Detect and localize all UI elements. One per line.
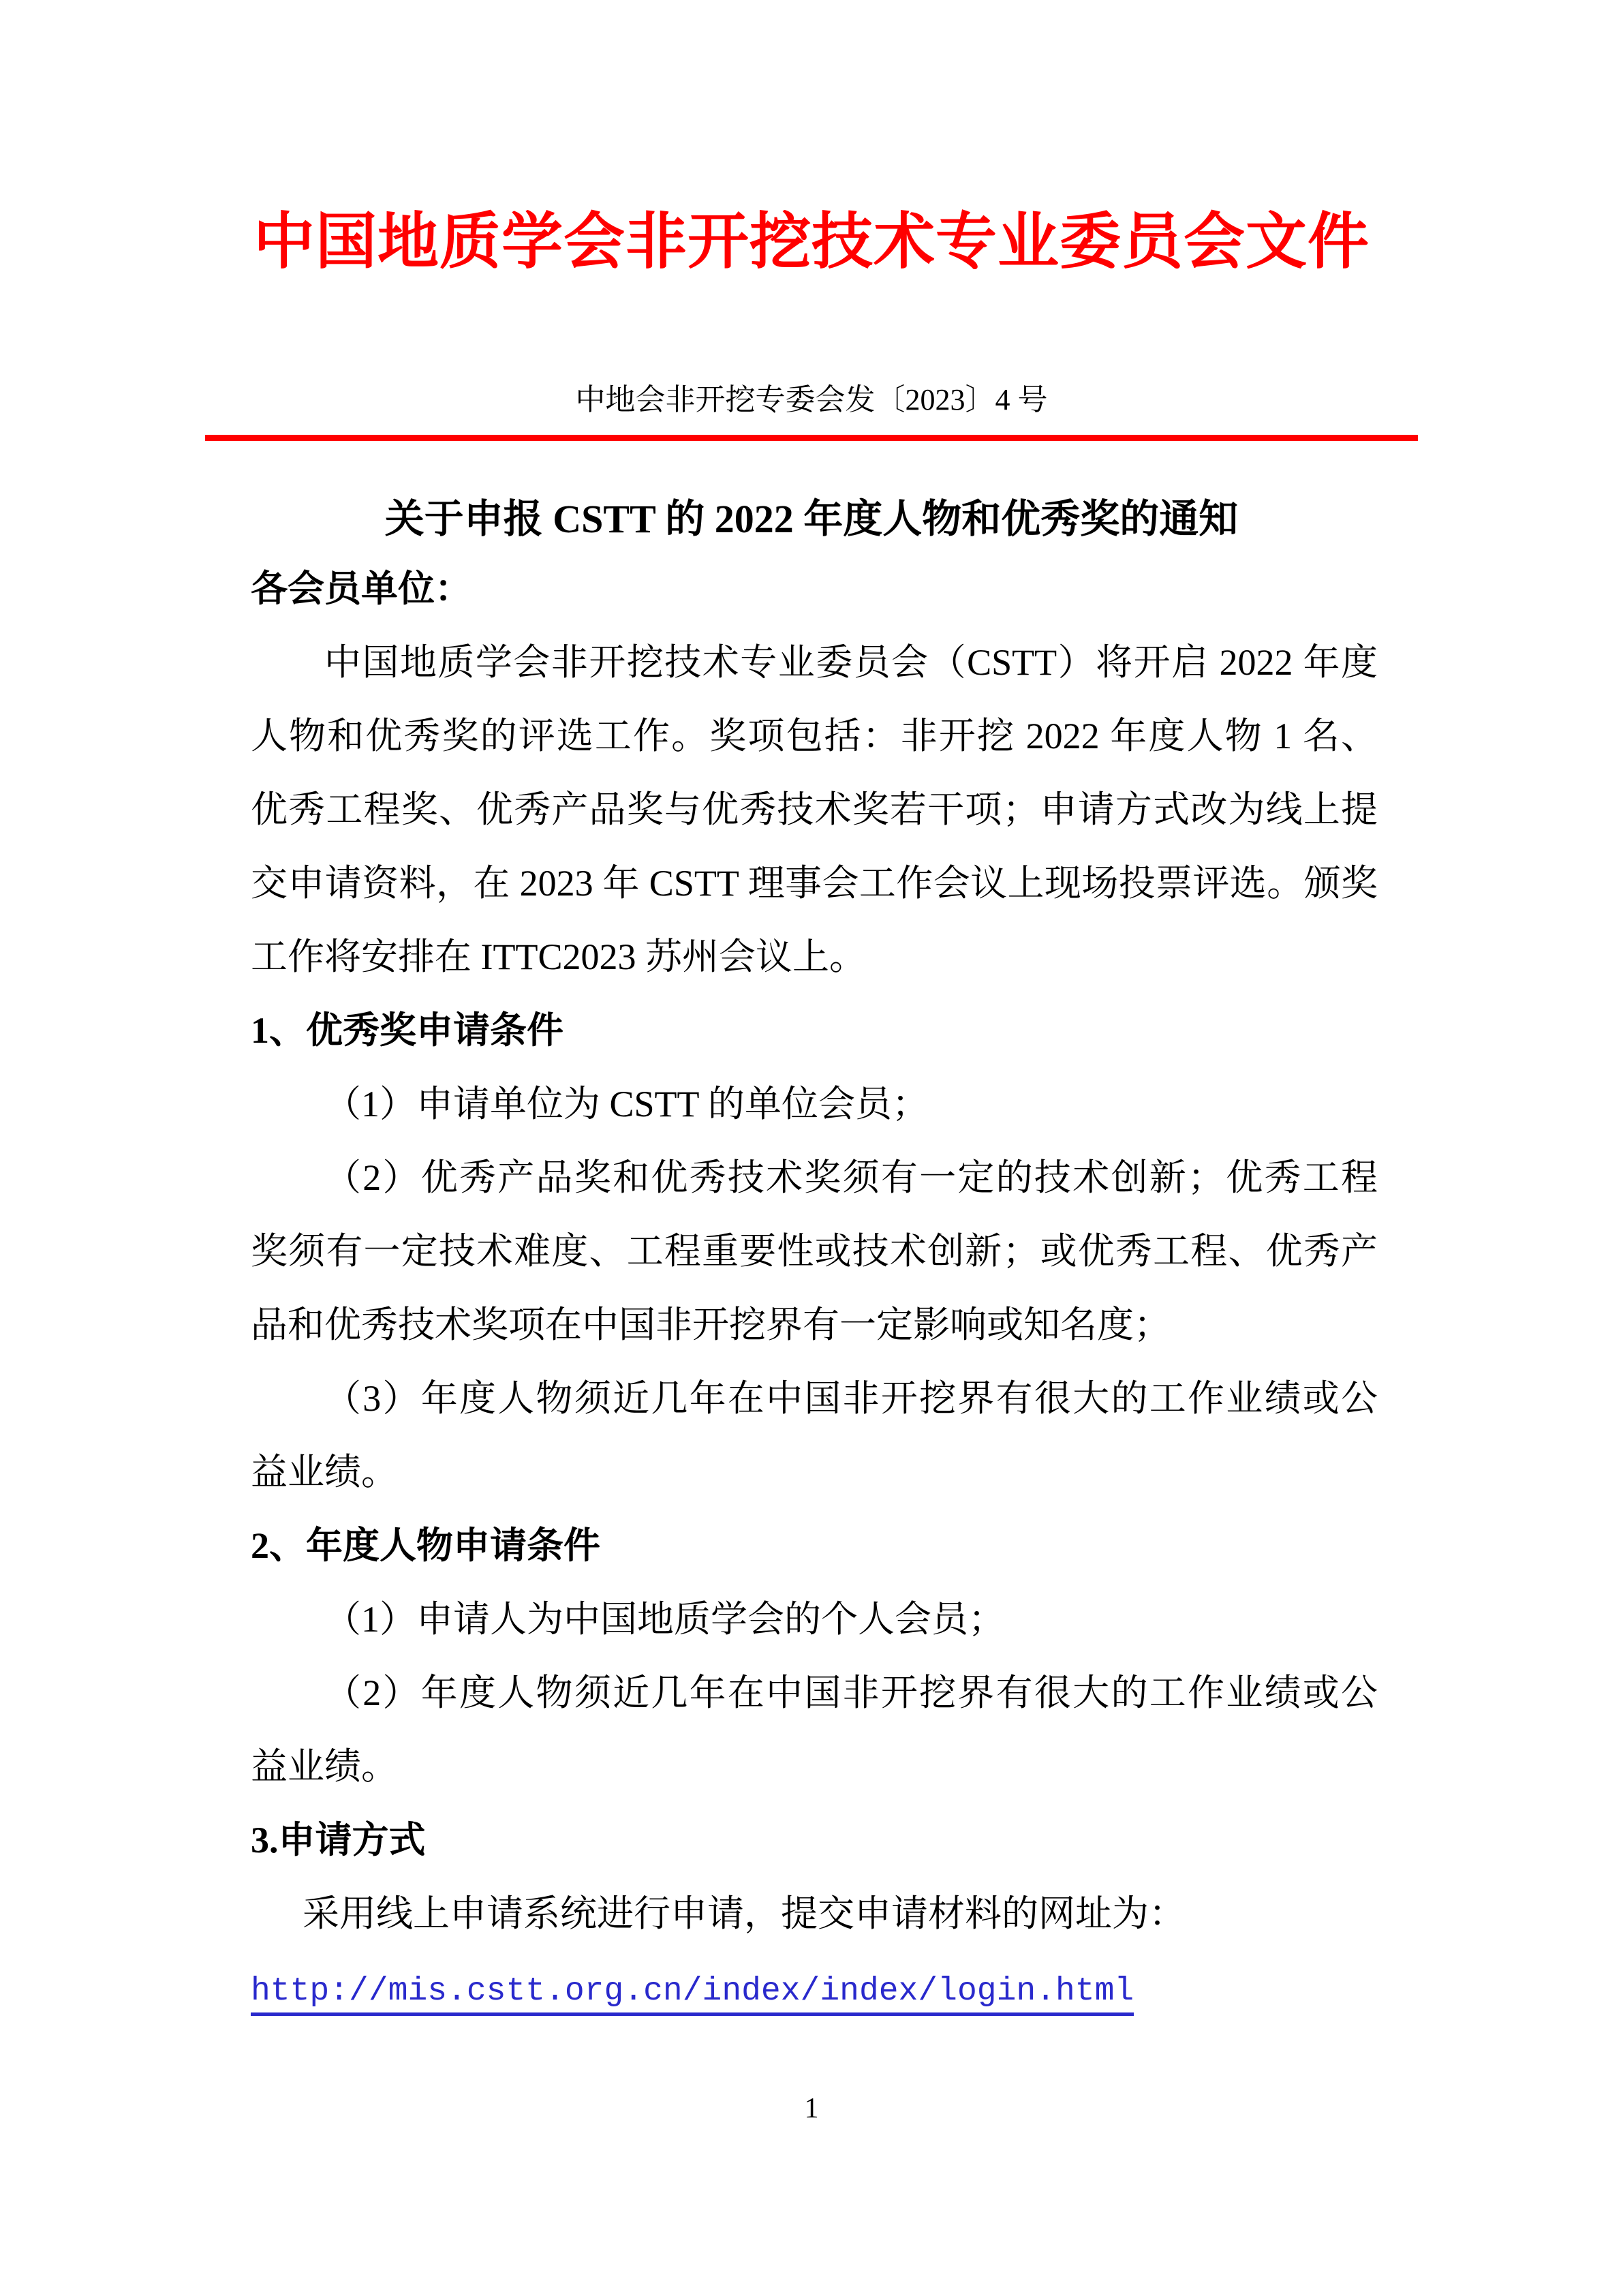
body-line: （1）申请人为中国地质学会的个人会员； [251, 1582, 1378, 1656]
body-line: 工作将安排在 ITTC2023 苏州会议上。 [251, 920, 1378, 994]
body-line: 优秀工程奖、优秀产品奖与优秀技术奖若干项；申请方式改为线上提 [251, 773, 1378, 846]
body-line: 益业绩。 [251, 1730, 1378, 1803]
body-line: 采用线上申请系统进行申请，提交申请材料的网址为： [251, 1877, 1378, 1950]
salutation: 各会员单位： [251, 552, 1378, 626]
red-divider-rule [205, 435, 1418, 441]
section-heading: 2、年度人物申请条件 [251, 1509, 1378, 1582]
body-line: （2）优秀产品奖和优秀技术奖须有一定的技术创新；优秀工程 [251, 1141, 1378, 1214]
document-number: 中地会非开挖专委会发〔2023〕4 号 [0, 383, 1623, 417]
body-line: 中国地质学会非开挖技术专业委员会（CSTT）将开启 2022 年度 [251, 626, 1378, 699]
body-line: 益业绩。 [251, 1435, 1378, 1509]
document-page: 中国地质学会非开挖技术专业委员会文件 中地会非开挖专委会发〔2023〕4 号 关… [0, 0, 1623, 2296]
body-line: （2）年度人物须近几年在中国非开挖界有很大的工作业绩或公 [251, 1656, 1378, 1730]
application-url-link[interactable]: http://mis.cstt.org.cn/index/index/login… [251, 1973, 1134, 2016]
link-line: http://mis.cstt.org.cn/index/index/login… [251, 1950, 1378, 2028]
document-header-title: 中国地质学会非开挖技术专业委员会文件 [0, 0, 1623, 273]
body-line: （3）年度人物须近几年在中国非开挖界有很大的工作业绩或公 [251, 1362, 1378, 1435]
body-line: （1）申请单位为 CSTT 的单位会员； [251, 1067, 1378, 1141]
body-line: 交申请资料，在 2023 年 CSTT 理事会工作会议上现场投票评选。颁奖 [251, 846, 1378, 920]
page-number: 1 [0, 2094, 1623, 2123]
section-heading: 1、优秀奖申请条件 [251, 994, 1378, 1067]
body-line: 人物和优秀奖的评选工作。奖项包括：非开挖 2022 年度人物 1 名、 [251, 699, 1378, 773]
body-line: 品和优秀技术奖项在中国非开挖界有一定影响或知名度； [251, 1288, 1378, 1362]
document-body: 各会员单位：中国地质学会非开挖技术专业委员会（CSTT）将开启 2022 年度人… [251, 552, 1378, 2028]
body-line: 奖须有一定技术难度、工程重要性或技术创新；或优秀工程、优秀产 [251, 1214, 1378, 1288]
section-heading: 3.申请方式 [251, 1803, 1378, 1877]
notice-title: 关于申报 CSTT 的 2022 年度人物和优秀奖的通知 [0, 495, 1623, 544]
